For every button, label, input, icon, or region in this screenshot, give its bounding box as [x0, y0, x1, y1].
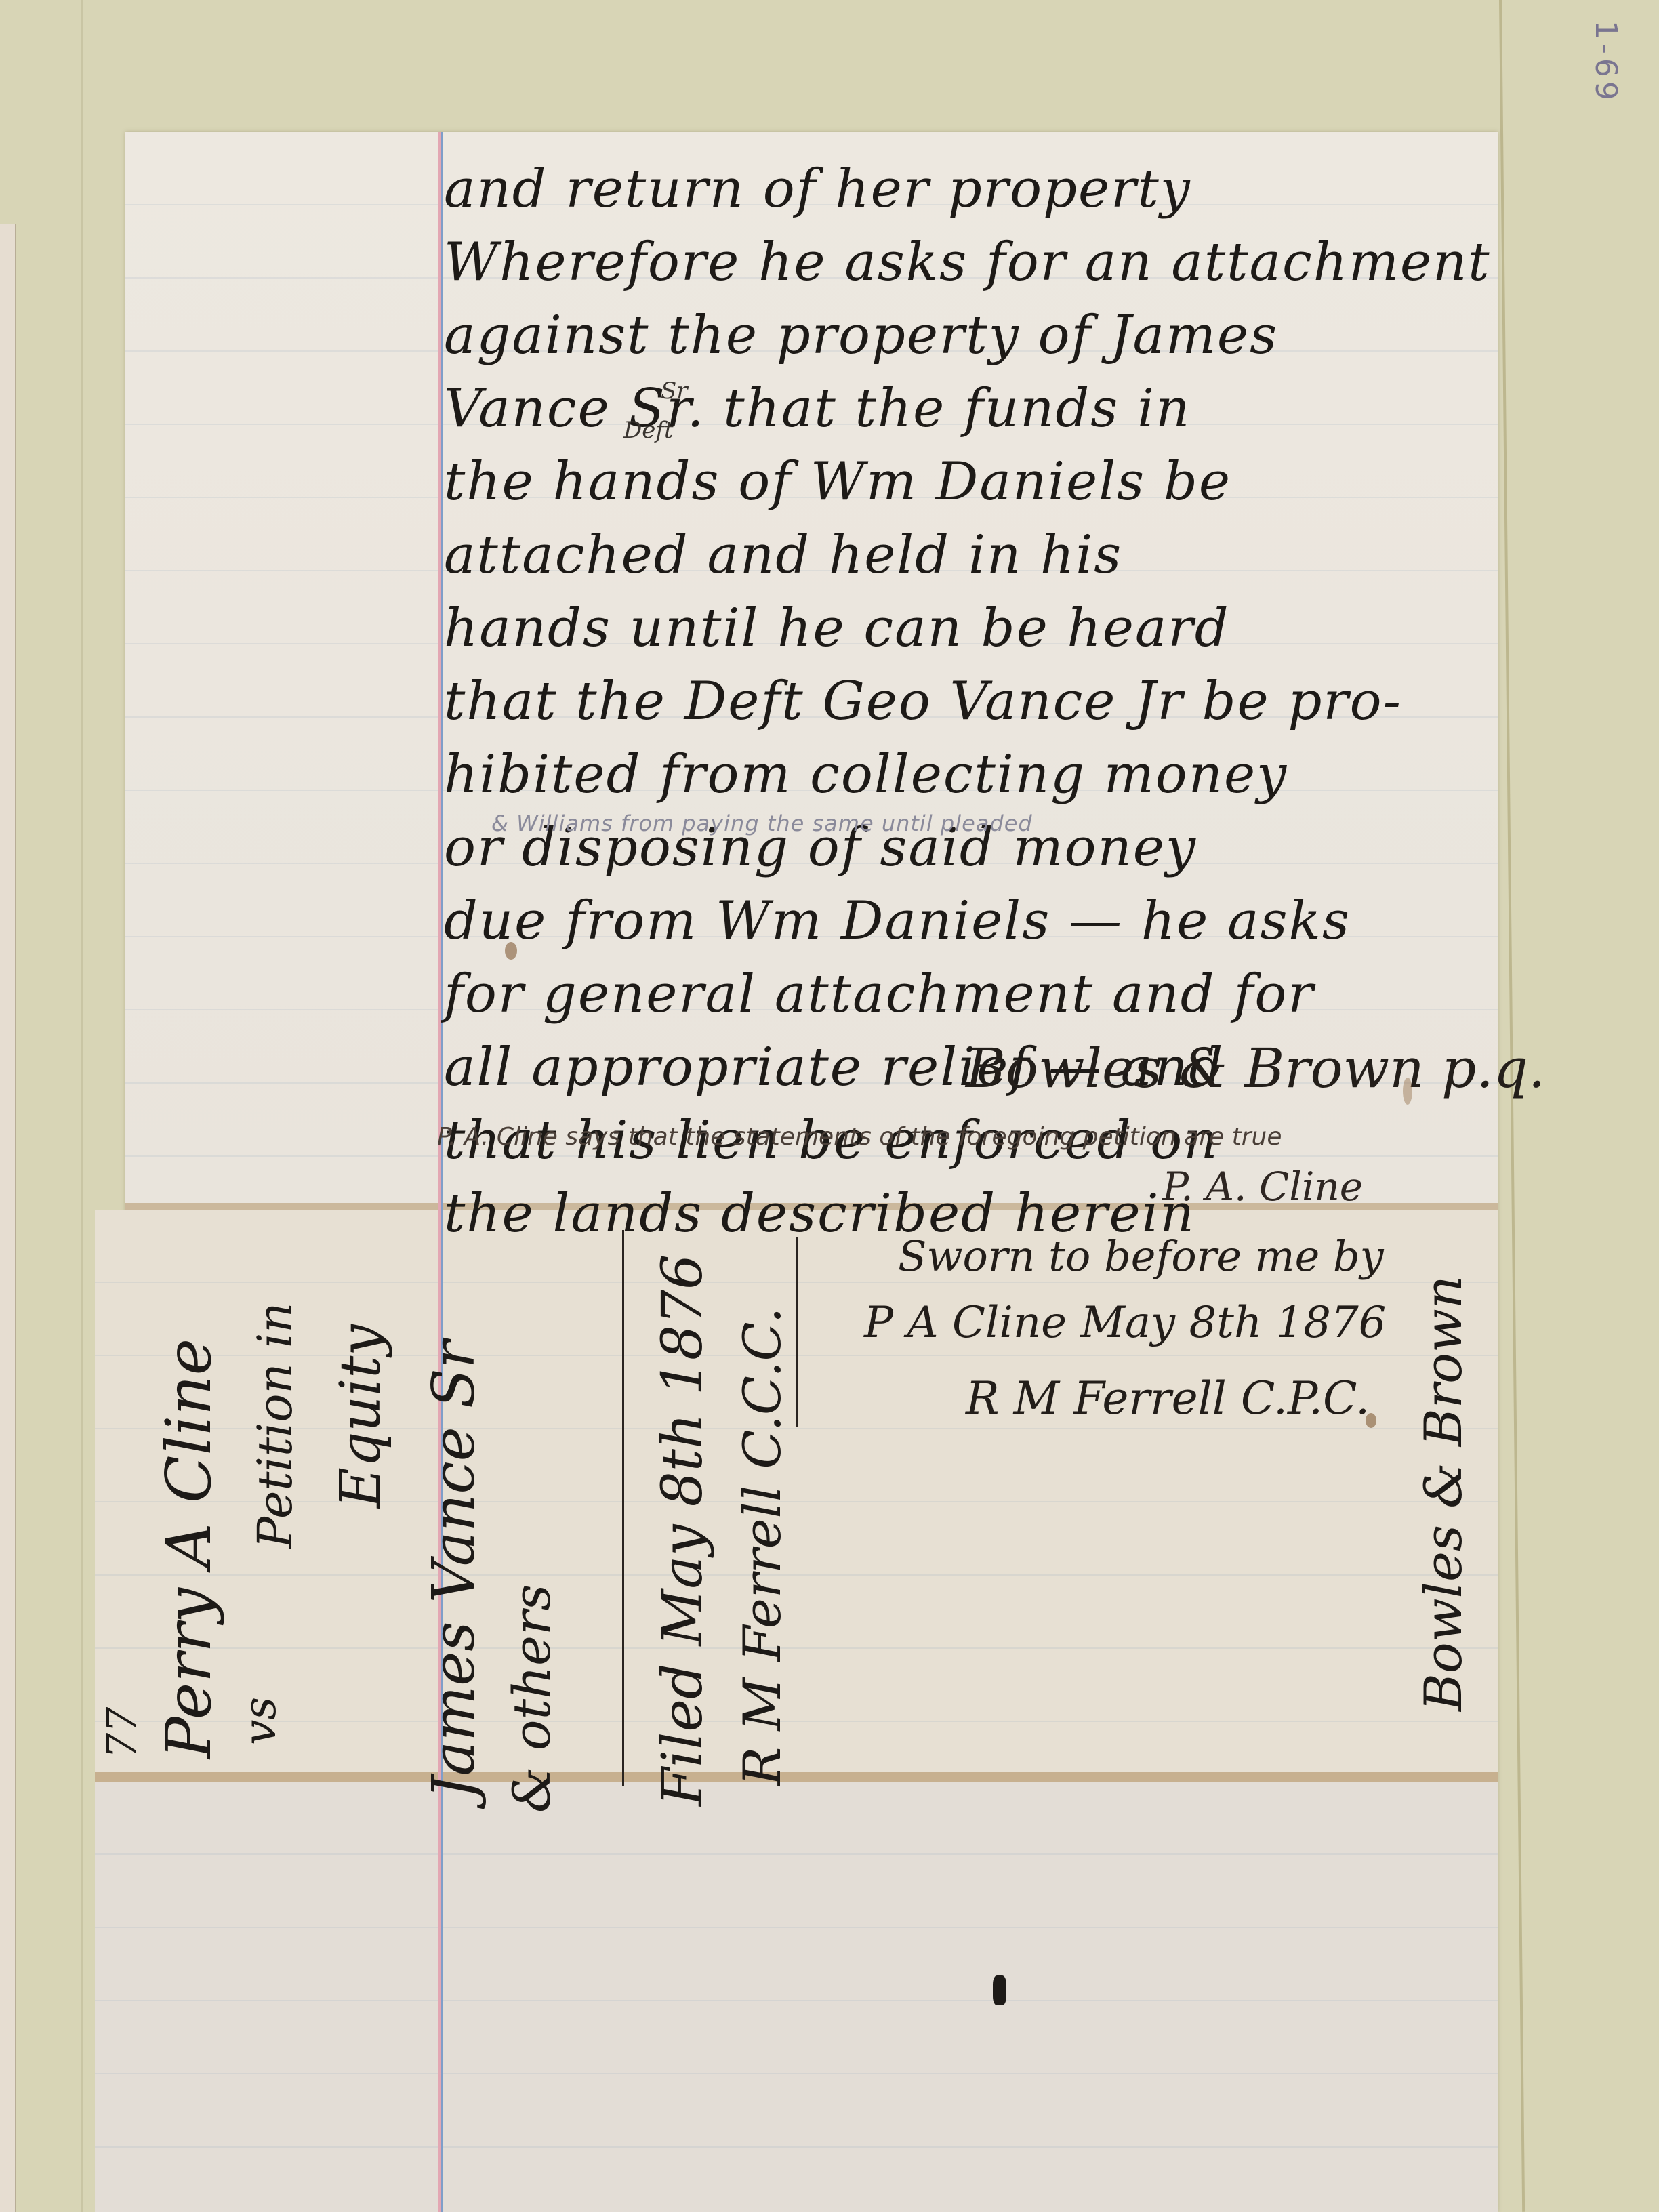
folder-edge-right — [1499, 0, 1525, 2212]
body-line: due from Wm Daniels — he asks — [444, 884, 1488, 958]
adjacent-page-sliver — [0, 224, 16, 2212]
body-line: against the property of James — [444, 299, 1488, 372]
folder-crease — [81, 0, 83, 2212]
body-line: Vance Sr. that the funds in — [444, 372, 1488, 445]
docket-equity-label: Equity — [329, 1324, 393, 1508]
margin-rule — [441, 132, 443, 2212]
body-line: and return of her property — [444, 152, 1488, 226]
body-line: the hands of Wm Daniels be — [444, 445, 1488, 518]
jurat-clerk: R M Ferrell C.P.C. — [966, 1372, 1370, 1425]
body-line: Wherefore he asks for an attachment — [444, 226, 1488, 299]
docket-defendant-others: & others — [501, 1584, 562, 1813]
docket-divider — [622, 1230, 624, 1786]
docket-filed-date: Filed May 8th 1876 — [651, 1254, 715, 1806]
pencil-edge-annotation: 1-69 — [1589, 20, 1623, 104]
body-line: attached and held in his — [444, 518, 1488, 592]
body-line: that the Deft Geo Vance Jr be pro- — [444, 665, 1488, 738]
docket-defendant: James Vance Sr — [420, 1340, 488, 1799]
body-line: for general attachment and for — [444, 958, 1488, 1031]
ink-stain — [1403, 1078, 1412, 1105]
pencil-interlineation: & Williams from paying the same until pl… — [491, 811, 1033, 836]
attorney-signature: Bowles & Brown p.q. — [966, 1037, 1545, 1100]
docket-underline — [796, 1237, 798, 1427]
ink-mark — [993, 1975, 1006, 2005]
body-line: hands until he can be heard — [444, 592, 1488, 665]
jurat-sworn: Sworn to before me by — [898, 1231, 1384, 1281]
verification-statement: P. A. Cline says that the statements of … — [437, 1123, 1282, 1151]
superscript-deft: Deft — [623, 417, 674, 444]
body-line: hibited from collecting money — [444, 738, 1488, 811]
jurat-affiant-date: P A Cline May 8th 1876 — [864, 1298, 1386, 1348]
docket-plaintiff: Perry A Cline — [152, 1338, 225, 1759]
petition-sheet: and return of her property Wherefore he … — [125, 132, 1498, 2212]
ink-stain — [505, 942, 517, 960]
blank-lower-panel — [95, 1782, 1498, 2212]
superscript-sr: Sr — [661, 377, 688, 405]
docket-clerk: R M Ferrell C.C.C. — [732, 1307, 792, 1786]
affiant-signature: P. A. Cline — [1162, 1164, 1363, 1210]
docket-petition-label: Petition in — [247, 1303, 303, 1549]
attorney-endorsement: Bowles & Brown — [1413, 1275, 1473, 1711]
docket-number: 77 — [98, 1707, 146, 1759]
docket-versus: vs — [234, 1697, 286, 1745]
ruled-lines — [95, 1782, 1498, 2212]
